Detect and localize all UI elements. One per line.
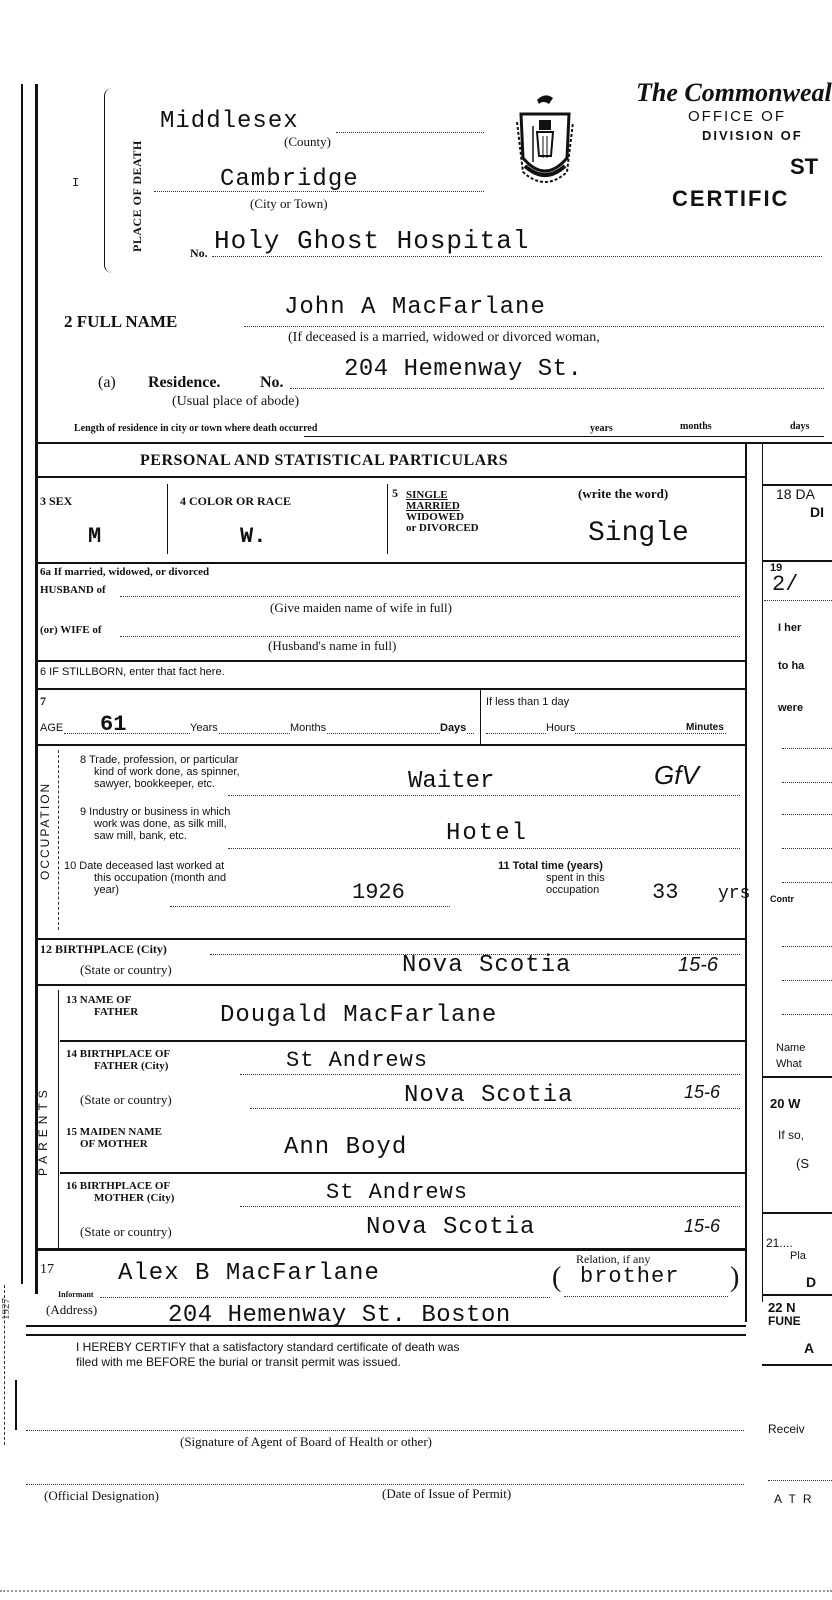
footer-dotted-rule [0,1590,832,1592]
occupation-side-label: OCCUPATION [38,782,52,880]
right-row-4 [762,1212,832,1214]
age-years-label: Years [190,722,218,734]
father-bp-city: St Andrews [286,1048,428,1073]
right-21: 21.... [766,1236,793,1250]
less-day-label: If less than 1 day [486,696,569,708]
place-of-death-label: PLACE OF DEATH [130,140,145,252]
trade-line [228,795,740,796]
minutes-label: Minutes [686,722,724,733]
residence-a: (a) [98,374,116,392]
lastworked-value: 1926 [352,880,405,905]
father-state-label: (State or country) [80,1092,172,1108]
lastworked-label-3: year) [64,884,226,896]
length-months: months [680,421,712,432]
right-row-3 [762,1076,832,1078]
industry-label-2: work was done, as silk mill, [80,818,230,830]
grid-right-divider [745,442,747,1322]
industry-label: 9 Industry or business in which work was… [80,806,230,842]
mother-bp-city: St Andrews [326,1180,468,1205]
right-line-a [782,748,832,749]
right-name: Name [776,1042,805,1054]
place-no-label: No. [190,246,208,261]
mother-bp-label-1: 16 BIRTHPLACE OF [66,1180,174,1192]
mother-state-label: (State or country) [80,1224,172,1240]
grid-right-divider-2 [762,442,763,1302]
right-to: to ha [778,660,804,672]
right-row-6 [762,1364,832,1366]
city-line [154,191,484,192]
mother-label-1: 15 MAIDEN NAME [66,1126,162,1138]
informant-line [100,1297,550,1298]
mother-bp-city-line [240,1206,740,1207]
sex-value: M [88,524,101,549]
city-value: Cambridge [220,166,359,193]
address-label: (Address) [46,1302,97,1318]
full-name-label: 2 FULL NAME [64,312,177,332]
wife-label: (or) WIFE of [40,624,102,636]
informant-value: Alex B MacFarlane [118,1260,380,1287]
residence-value: 204 Hemenway St. [344,356,582,383]
right-a: A [804,1340,814,1356]
husband-line [120,596,740,597]
length-underline [304,436,824,437]
row-rule-6 [36,984,746,986]
trade-label: 8 Trade, profession, or particular kind … [80,754,240,790]
row-rule-4 [36,744,746,746]
commonwealth-title: The Commonwealth [636,78,832,108]
industry-line [228,848,740,849]
personal-title: PERSONAL AND STATISTICAL PARTICULARS [140,452,508,470]
place-value: Holy Ghost Hospital [214,226,529,256]
right-were: were [778,702,803,714]
right-contrib: Contr [770,894,794,904]
office-title: OFFICE OF [688,108,786,125]
residence-no-label: No. [260,374,284,392]
husband-sub: (Give maiden name of wife in full) [270,600,452,616]
father-bp-label-2: FATHER (City) [66,1060,170,1072]
wife-sub: (Husband's name in full) [268,638,396,654]
address-rule [26,1325,746,1327]
trade-code: GfV [654,760,699,791]
relation-close-paren: ) [730,1262,739,1294]
county-line [336,132,484,133]
right-22: 22 N [768,1300,795,1315]
age-days-label: Days [440,722,466,734]
length-years: years [590,423,613,434]
right-row-5 [762,1294,832,1296]
father-bp-city-line [240,1074,740,1075]
right-19-line [764,600,832,601]
right-s: (S [796,1156,809,1171]
birthplace-value: Nova Scotia [402,952,571,979]
trade-value: Waiter [408,768,494,795]
trade-label-3: sawyer, bookkeeper, etc. [80,778,240,790]
age-months-label: Months [290,722,326,734]
lastworked-label-1: 10 Date deceased last worked at [64,860,226,872]
row-rule-5 [36,938,746,940]
relation-value: brother [580,1264,679,1289]
husband-label: HUSBAND of [40,584,106,596]
totaltime-unit: yrs [718,884,750,904]
date-issue-label: (Date of Issue of Permit) [382,1486,511,1502]
marital-value: Single [588,518,689,549]
residence-sub: (Usual place of abode) [172,394,299,410]
certify-text-2: filed with me BEFORE the burial or trans… [76,1355,401,1369]
massachusetts-seal-icon [515,92,575,188]
color-label: 4 COLOR OR RACE [180,494,291,509]
age-num: 7 [40,694,46,709]
less-day-line [486,733,726,734]
right-receiv: Receiv [768,1422,805,1436]
industry-label-3: saw mill, bank, etc. [80,830,230,842]
mother-rule [60,1172,746,1174]
margin-text: 1927 [0,1298,12,1320]
marital-num: 5 [392,486,398,501]
official-label: (Official Designation) [44,1488,159,1504]
county-value: Middlesex [160,108,299,135]
right-line-e [782,882,832,883]
right-18b: DI [810,504,824,520]
right-line-b [782,782,832,783]
right-what: What [776,1058,802,1070]
mother-label-2: OF MOTHER [66,1138,162,1150]
father-bp-label-1: 14 BIRTHPLACE OF [66,1048,170,1060]
full-name-value: John A MacFarlane [284,294,546,321]
occupation-side-rule [58,750,59,930]
full-name-line [244,326,824,327]
wife-line [120,636,740,637]
totaltime-label-1: 11 Total time (years) [498,860,605,872]
length-days: days [790,421,809,432]
age-line [64,733,474,734]
right-line-d [782,848,832,849]
marital-divorced: or DIVORCED [406,523,479,534]
right-line-f [782,946,832,947]
totaltime-value: 33 [652,880,678,905]
certify-text-1: I HEREBY CERTIFY that a satisfactory sta… [76,1340,460,1354]
totaltime-label: 11 Total time (years) spent in this occu… [498,860,605,896]
right-hereby: I her [778,622,801,634]
father-value: Dougald MacFarlane [220,1002,497,1029]
industry-value: Hotel [446,820,528,847]
married-intro: 6a If married, widowed, or divorced [40,566,209,578]
informant-num: 17 [40,1262,54,1278]
sex-label: 3 SEX [40,494,72,509]
father-label-1: 13 NAME OF [66,994,138,1006]
margin-rule-outer [21,84,23,1284]
marital-hint: (write the word) [578,486,668,502]
marital-options: SINGLE MARRIED WIDOWED or DIVORCED [406,490,479,534]
mother-value: Ann Boyd [284,1134,407,1161]
official-line [26,1484,744,1485]
mother-code: 15-6 [684,1216,720,1237]
right-18: 18 DA [776,486,815,502]
right-19-value: 2/ [772,572,798,597]
birthplace-code: 15-6 [678,954,718,977]
signature-line [26,1430,744,1431]
relation-open-paren: ( [552,1262,561,1294]
margin-mark: I [72,176,79,190]
signature-label: (Signature of Agent of Board of Health o… [180,1434,432,1450]
parents-side-label: PARENTS [36,1085,50,1176]
birthplace-label: 12 BIRTHPLACE (City) [40,942,167,957]
mother-bp-state: Nova Scotia [366,1214,535,1241]
industry-label-1: 9 Industry or business in which [80,806,230,818]
right-pla: Pla [790,1250,806,1262]
mother-bp-label: 16 BIRTHPLACE OF MOTHER (City) [66,1180,174,1204]
right-ifso: If so, [778,1128,804,1142]
right-line-i [768,1480,832,1481]
grid-top-rule [36,442,832,444]
father-bp-state-line [250,1108,740,1109]
totaltime-label-3: occupation [498,884,605,896]
brace [104,88,115,273]
address-rule-2 [26,1334,746,1336]
row-rule-2 [36,660,746,662]
personal-title-rule [36,476,746,478]
right-line-g [782,980,832,981]
lastworked-label-2: this occupation (month and [64,872,226,884]
right-line-h [782,1014,832,1015]
division-title: DIVISION OF [702,128,803,143]
father-code: 15-6 [684,1082,720,1103]
birthplace-state-label: (State or country) [80,962,172,978]
relation-line [564,1296,728,1297]
lastworked-label: 10 Date deceased last worked at this occ… [64,860,226,896]
right-line-c [782,814,832,815]
father-label: 13 NAME OF FATHER [66,994,138,1018]
father-rule [60,1040,746,1042]
st-title: ST [790,154,818,180]
right-20: 20 W [770,1096,800,1111]
age-divider [480,690,481,744]
father-bp-label: 14 BIRTHPLACE OF FATHER (City) [66,1048,170,1072]
parents-side-rule [58,990,59,1250]
stillborn-label: 6 IF STILLBORN, enter that fact here. [40,666,225,678]
place-line [212,256,822,257]
row-rule-1 [36,562,746,564]
row-rule-7 [36,1248,746,1251]
trade-label-2: kind of work done, as spinner, [80,766,240,778]
right-fune: FUNE [768,1314,801,1328]
totaltime-label-2: spent in this [498,872,605,884]
father-bp-state: Nova Scotia [404,1082,573,1109]
margin-bar [15,1380,17,1430]
row-rule-3 [36,688,746,690]
county-label: (County) [284,134,331,150]
sex-divider [167,484,168,554]
certificate-title: CERTIFIC [672,186,789,212]
length-residence-label: Length of residence in city or town wher… [74,423,317,434]
mother-bp-label-2: MOTHER (City) [66,1192,174,1204]
father-label-2: FATHER [66,1006,138,1018]
right-d: D [806,1274,816,1290]
informant-label: Informant [58,1290,94,1299]
right-atr: A T R [774,1492,814,1506]
city-label: (City or Town) [250,196,328,212]
age-label: AGE [40,722,63,734]
residence-line [290,388,824,389]
full-name-note: (If deceased is a married, widowed or di… [288,330,600,346]
mother-label: 15 MAIDEN NAME OF MOTHER [66,1126,162,1150]
residence-label: Residence. [148,374,220,392]
hours-label: Hours [546,722,575,734]
lastworked-line [170,906,450,907]
color-value: W. [240,524,266,549]
color-divider [387,484,388,554]
trade-label-1: 8 Trade, profession, or particular [80,754,240,766]
